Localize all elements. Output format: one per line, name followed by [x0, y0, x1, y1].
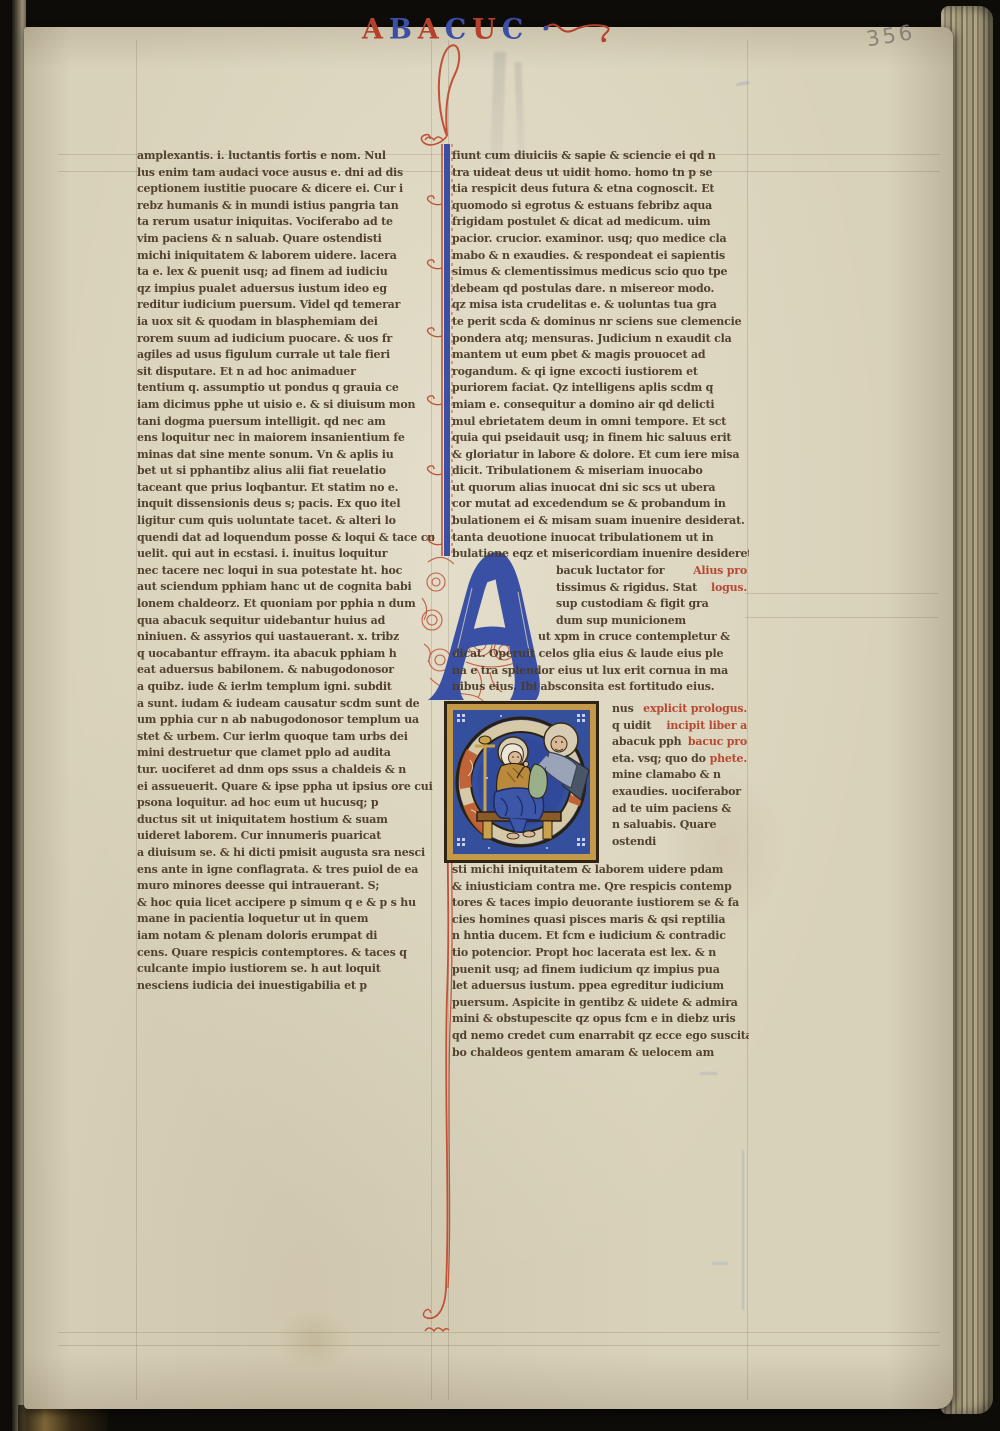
text-line: quendi dat ad loquendum posse & loqui & … — [137, 530, 434, 547]
text-segment: mine clamabo & n — [612, 767, 721, 784]
text-line: frigidam postulet & dicat ad medicum. ui… — [452, 214, 749, 231]
text-line: qz impius pualet aduersus iustum ideo eg — [137, 281, 434, 298]
text-line: mane in pacientia loquetur ut in quem — [137, 911, 434, 928]
header-pen-flourish-icon — [540, 14, 610, 46]
text-line: & iniusticiam contra me. Qre respicis co… — [452, 879, 749, 896]
text-line: uideret laborem. Cur innumeris puaricat — [137, 828, 434, 845]
running-title-letter: C — [502, 13, 530, 46]
text-segment: ostendi — [612, 834, 656, 851]
text-line: mul ebrietatem deum in omni tempore. Et … — [452, 414, 749, 431]
text-line: iam dicimus pphe ut uisio e. & si diuisu… — [137, 397, 434, 414]
text-line: vim paciens & n saluab. Quare ostendisti — [137, 231, 434, 248]
text-line: bulatione eqz et misericordiam inuenire … — [452, 546, 749, 563]
text-line: ta e. lex & puenit usq; ad finem ad iudi… — [137, 264, 434, 281]
parchment-stain — [279, 1312, 349, 1367]
text-line: nesciens iudicia dei inuestigabilia et p — [137, 978, 434, 995]
text-line: ductus sit ut iniquitatem hostium & suam — [137, 812, 434, 829]
ruling-line-horizontal — [58, 1345, 940, 1346]
text-column-right-initial-o-block: nus explicit prologus. q uidit incipit l… — [452, 701, 749, 850]
ruling-line-horizontal — [58, 1332, 940, 1333]
text-line: mabo & n exaudies. & respondeat ei sapie… — [452, 248, 749, 265]
text-line: fiunt cum diuiciis & sapie & sciencie ei… — [452, 148, 749, 165]
text-line: abacuk pph bacuc pro — [452, 734, 749, 751]
text-line: ut quorum alias inuocat dni sic scs ut u… — [452, 480, 749, 497]
text-line: minas dat sine mente sonum. Vn & aplis i… — [137, 447, 434, 464]
text-line: quomodo si egrotus & estuans febribz aqu… — [452, 198, 749, 215]
text-line: psona loquitur. ad hoc eum ut hucusq; p — [137, 795, 434, 812]
text-line: puriorem faciat. Qz intelligens aplis sc… — [452, 380, 749, 397]
text-line: te perit scda & dominus nr sciens sue cl… — [452, 314, 749, 331]
text-line: sti michi iniquitatem & laborem uidere p… — [452, 862, 749, 879]
text-line: cor mutat ad excedendum se & probandum i… — [452, 496, 749, 513]
text-segment: nus — [612, 701, 634, 718]
text-line: ostendi — [452, 834, 749, 851]
running-title-letter: A — [362, 13, 389, 46]
text-line: cies homines quasi pisces maris & qsi re… — [452, 912, 749, 929]
text-line: ceptionem iustitie puocare & dicere ei. … — [137, 181, 434, 198]
bleed-through-blue-mark — [700, 1072, 718, 1075]
text-line: stet & urbem. Cur ierlm quoque tam urbs … — [137, 729, 434, 746]
text-line: ad te uim paciens & — [452, 801, 749, 818]
text-segment: exaudies. uociferabor — [612, 784, 741, 801]
text-line: tur. uociferet ad dnm ops ssus a chaldei… — [137, 762, 434, 779]
text-line: cens. Quare respicis contemptores. & tac… — [137, 945, 434, 962]
text-column-left: amplexantis. i. luctantis fortis e nom. … — [137, 148, 434, 994]
text-line: dicat. Operuit celos glia eius & laude e… — [452, 646, 749, 663]
text-line: amplexantis. i. luctantis fortis e nom. … — [137, 148, 434, 165]
text-segment: dum sup municionem — [556, 613, 686, 630]
text-line: eta. vsq; quo do phete. — [452, 751, 749, 768]
text-segment: eta. vsq; quo do — [612, 751, 706, 768]
text-line: culcante impio iustiorem se. h aut loqui… — [137, 961, 434, 978]
text-segment: ad te uim paciens & — [612, 801, 731, 818]
text-line: let aduersus iustum. ppea egreditur iudi… — [452, 978, 749, 995]
text-line: a quibz. iude & ierlm templum igni. subd… — [137, 679, 434, 696]
text-line: um pphia cur n ab nabugodonosor templum … — [137, 712, 434, 729]
text-line: lonem chaldeorz. Et quoniam por pphia n … — [137, 596, 434, 613]
rubric-segment: bacuc pro — [688, 734, 749, 751]
text-line: qua abacuk sequitur uidebantur huius ad — [137, 613, 434, 630]
text-line: simus & clementissimus medicus scio quo … — [452, 264, 749, 281]
text-line: tores & taces impio deuorante iustiorem … — [452, 895, 749, 912]
text-line: n hntia ducem. Et fcm e iudicium & contr… — [452, 928, 749, 945]
rubric-segment: explicit prologus. — [643, 701, 749, 718]
text-segment: ut xpm in cruce contempletur & — [538, 629, 730, 646]
text-line: mini destruetur que clamet pplo ad audit… — [137, 745, 434, 762]
text-line: ut xpm in cruce contempletur & — [452, 629, 749, 646]
text-line: ligitur cum quis uoluntate tacet. & alte… — [137, 513, 434, 530]
text-line: uelit. qui aut in ecstasi. i. inuitus lo… — [137, 546, 434, 563]
text-line: tani dogma puersum intelligit. qd nec am — [137, 414, 434, 431]
text-line: & gloriatur in labore & dolore. Et cum i… — [452, 447, 749, 464]
text-line: rorem suum ad iudicium puocare. & uos fr — [137, 331, 434, 348]
running-title-letter: B — [389, 13, 418, 46]
text-line: sit disputare. Et n ad hoc animaduer — [137, 364, 434, 381]
text-line: pondera atq; mensuras. Judicium n exaudi… — [452, 331, 749, 348]
text-line: iam notam & plenam doloris erumpat di — [137, 928, 434, 945]
text-line: debeam qd postulas dare. n misereor modo… — [452, 281, 749, 298]
text-line: na e tra splendor eius ut lux erit cornu… — [452, 663, 749, 680]
text-line: tanta deuotione inuocat tribulationem ut… — [452, 530, 749, 547]
rubric-segment: Alius pro — [693, 563, 749, 580]
text-line: q uocabantur effraym. ita abacuk pphiam … — [137, 646, 434, 663]
text-line: tio potencior. Propt hoc lacerata est le… — [452, 945, 749, 962]
text-line: qd nemo credet cum enarrabit qz ecce ego… — [452, 1028, 749, 1045]
text-line: sup custodiam & figit gra — [452, 596, 749, 613]
text-line: agiles ad usus figulum currale ut tale f… — [137, 347, 434, 364]
text-line: mantem ut eum pbet & magis prouocet ad — [452, 347, 749, 364]
text-line: bacuk luctator for Alius pro — [452, 563, 749, 580]
bleed-through-blue-mark — [712, 1262, 728, 1265]
text-segment: abacuk pph — [612, 734, 681, 751]
text-line: mine clamabo & n — [452, 767, 749, 784]
text-line: tissimus & rigidus. Stat logus. — [452, 580, 749, 597]
text-line: qz misa ista crudelitas e. & uoluntas tu… — [452, 297, 749, 314]
text-line: ens ante in igne conflagrata. & tres pui… — [137, 862, 434, 879]
text-line: mini & obstupescite qz opus fcm e in die… — [452, 1011, 749, 1028]
text-line: muro minores deesse qui intrauerant. S; — [137, 878, 434, 895]
text-line: a sunt. iudam & iudeam causatur scdm sun… — [137, 696, 434, 713]
text-line: dum sup municionem — [452, 613, 749, 630]
text-column-right-lower: sti michi iniquitatem & laborem uidere p… — [452, 862, 749, 1061]
text-line: puenit usq; ad finem iudicium qz impius … — [452, 962, 749, 979]
text-line: a diuisum se. & hi dicti pmisit augusta … — [137, 845, 434, 862]
text-line: bo chaldeos gentem amaram & uelocem am — [452, 1045, 749, 1062]
text-line: dicit. Tribulationem & miseriam inuocabo — [452, 463, 749, 480]
text-line: nus explicit prologus. — [452, 701, 749, 718]
text-line: bulationem ei & misam suam inuenire desi… — [452, 513, 749, 530]
text-line: tentium q. assumptio ut pondus q grauia … — [137, 380, 434, 397]
text-line: nec tacere nec loqui in sua potestate ht… — [137, 563, 434, 580]
text-column-right-mid: dicat. Operuit celos glia eius & laude e… — [452, 646, 749, 696]
text-line: michi iniquitatem & laborem uidere. lace… — [137, 248, 434, 265]
text-line: ens loquitur nec in maiorem insanientium… — [137, 430, 434, 447]
text-line: rebz humanis & in mundi istius pangria t… — [137, 198, 434, 215]
text-line: eat aduersus babilonem. & nabugodonosor — [137, 662, 434, 679]
text-line: nibus eius. Ibi absconsita est fortitudo… — [452, 679, 749, 696]
text-line: tra uideat deus ut uidit homo. homo tn p… — [452, 165, 749, 182]
text-line: miam e. consequitur a domino air qd deli… — [452, 397, 749, 414]
text-column-right-initial-a-block: bacuk luctator for Alius pro tissimus & … — [452, 563, 749, 646]
rubric-segment: phete. — [710, 751, 749, 768]
text-line: taceant que prius loqbantur. Et statim n… — [137, 480, 434, 497]
text-line: quia qui pseidauit usq; in finem hic sal… — [452, 430, 749, 447]
text-line: tia respicit deus futura & etna cognosci… — [452, 181, 749, 198]
text-segment: tissimus & rigidus. Stat — [556, 580, 697, 597]
text-line: n saluabis. Quare — [452, 817, 749, 834]
text-line: aut sciendum pphiam hanc ut de cognita b… — [137, 579, 434, 596]
text-line: reditur iudicium puersum. Videl qd temer… — [137, 297, 434, 314]
text-line: exaudies. uociferabor — [452, 784, 749, 801]
text-line: inquit dissensionis deus s; pacis. Ex qu… — [137, 496, 434, 513]
text-line: puersum. Aspicite in gentibz & uidete & … — [452, 995, 749, 1012]
rubric-segment: incipit liber a — [666, 718, 749, 735]
text-line: rogandum. & qi igne excocti iustiorem et — [452, 364, 749, 381]
text-line: & hoc quia licet accipere p simum q e & … — [137, 895, 434, 912]
text-line: ia uox sit & quodam in blasphemiam dei — [137, 314, 434, 331]
text-segment: q uidit — [612, 718, 651, 735]
ruling-line-horizontal — [745, 617, 938, 618]
text-line: pacior. crucior. examinor. usq; quo medi… — [452, 231, 749, 248]
text-line: bet ut si pphantibz alius alii fiat reue… — [137, 463, 434, 480]
text-line: q uidit incipit liber a — [452, 718, 749, 735]
text-segment: n saluabis. Quare — [612, 817, 716, 834]
text-segment: sup custodiam & figit gra — [556, 596, 709, 613]
text-line: niniuen. & assyrios qui uastauerant. x. … — [137, 629, 434, 646]
text-line: ta rerum usatur iniquitas. Vociferabo ad… — [137, 214, 434, 231]
text-line: ei assueuerit. Quare & ipse ppha ut ipsi… — [137, 779, 434, 796]
bleed-through-blue-flourish — [742, 1150, 744, 1310]
text-column-right-upper: fiunt cum diuiciis & sapie & sciencie ei… — [452, 148, 749, 563]
text-line: lus enim tam audaci voce ausus e. dni ad… — [137, 165, 434, 182]
rubric-segment: logus. — [711, 580, 749, 597]
ruling-line-horizontal — [745, 593, 938, 594]
text-segment: bacuk luctator for — [556, 563, 664, 580]
